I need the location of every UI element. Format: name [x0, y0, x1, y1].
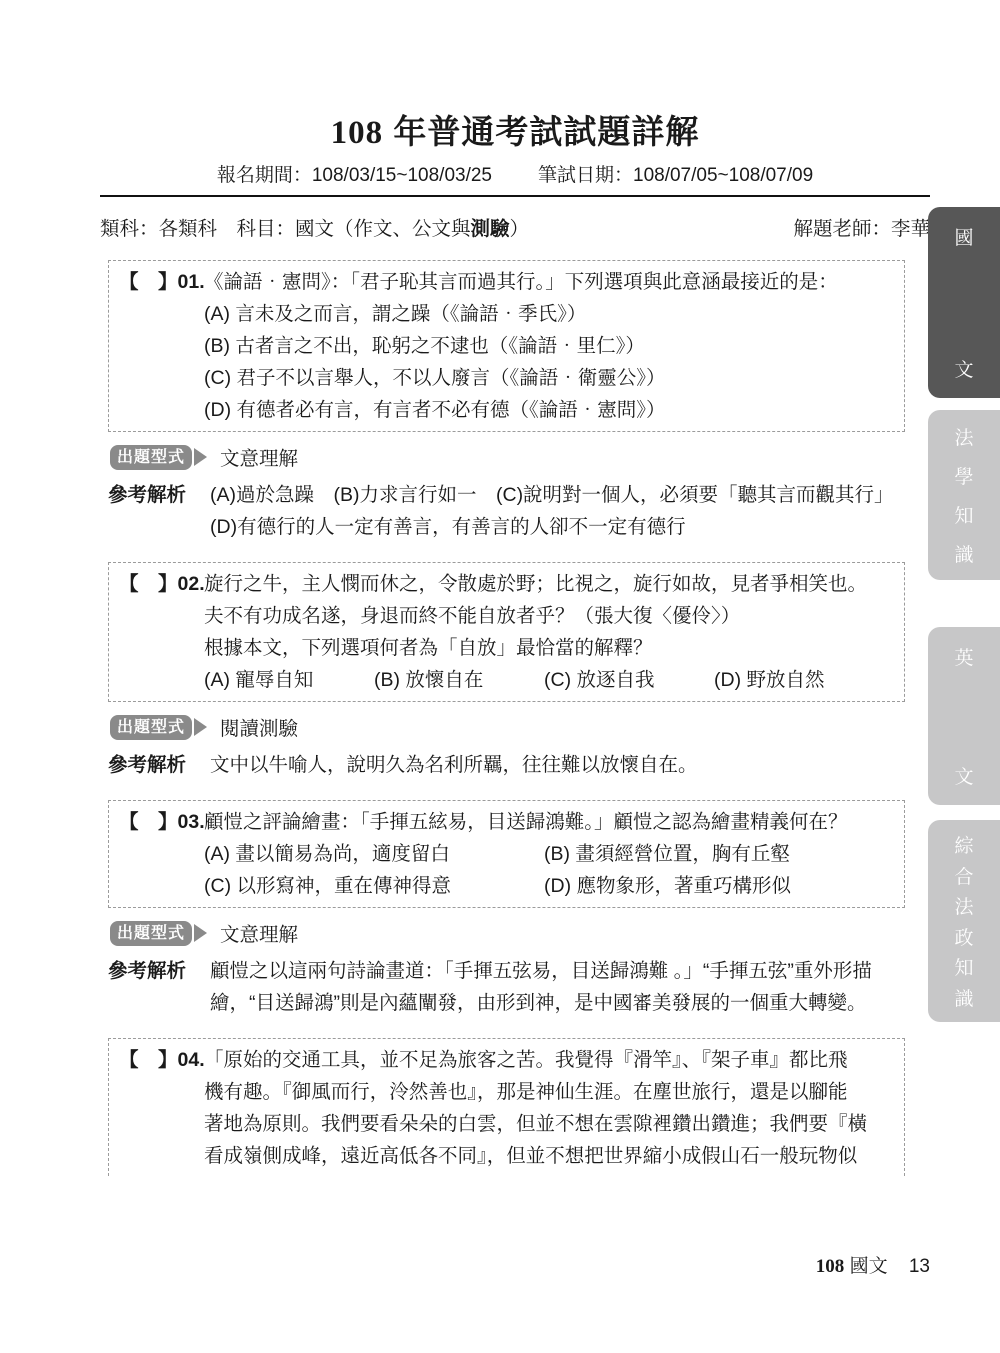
page-footer: 108 國文 13: [100, 1251, 930, 1278]
question-stem-01: 《論語‧憲問》：「君子恥其言而過其行。」下列選項與此意涵最接近的是：: [204, 266, 894, 298]
category-subject-text: 類科：各類科 科目：國文（作文、公文與: [100, 218, 471, 240]
question-stem-line: 根據本文，下列選項何者為「自放」最恰當的解釋？: [204, 632, 894, 664]
question-stem-line: 夫不有功成名遂，身退而終不能自放者乎？（張大復〈優伶〉）: [204, 600, 894, 632]
sidebar-tab-chinese: 國文: [928, 207, 1000, 398]
question-stem-line: 看成嶺側成峰，遠近高低各不同』，但並不想把世界縮小成假山石一般玩物似: [204, 1140, 894, 1172]
analysis-text-03: 顧愷之以這兩句詩論畫道：「手揮五弦易，目送歸鴻難 。」“手揮五弦”重外形描繪，“…: [210, 955, 930, 1019]
question-row: 【 】04. 「原始的交通工具，並不足為旅客之苦。我覺得『滑竿』、『架子車』都比…: [119, 1044, 894, 1172]
tab-label-char: 知: [954, 501, 973, 528]
arrow-right-icon: [194, 448, 207, 466]
answer-brackets-number-01: 【 】01.: [119, 266, 204, 426]
question-box-01: 【 】01. 《論語‧憲問》：「君子恥其言而過其行。」下列選項與此意涵最接近的是…: [108, 260, 905, 432]
page-title: 108 年普通考試試題詳解: [100, 106, 930, 153]
tab-label-char: 法: [954, 423, 973, 450]
question-number: 04.: [178, 1049, 205, 1071]
exam-dates-line: 報名期間：108/03/15~108/03/25 筆試日期：108/07/05~…: [100, 160, 930, 187]
analysis-line: (D)有德行的人一定有善言，有善言的人卻不一定有德行: [210, 511, 930, 543]
analysis-text-02: 文中以牛喻人，說明久為名利所羈，往往難以放懷自在。: [210, 749, 930, 781]
question-stem-line: 「原始的交通工具，並不足為旅客之苦。我覺得『滑竿』、『架子車』都比飛: [204, 1044, 894, 1076]
question-stem-line: 旋行之牛，主人憫而休之，令散處於野；比視之，旋行如故，見者爭相笑也。: [204, 568, 894, 600]
question-stem-04: 「原始的交通工具，並不足為旅客之苦。我覺得『滑竿』、『架子車』都比飛機有趣。『御…: [204, 1044, 894, 1172]
meta-row: 類科：各類科 科目：國文（作文、公文與測驗） 解題老師：李華: [100, 213, 930, 241]
option-item: (B) 畫須經營位置，胸有丘壑: [544, 838, 884, 870]
question-stem-line: 著地為原則。我們要看朵朵的白雲，但並不想在雲隙裡鑽出鑽進；我們要『橫: [204, 1108, 894, 1140]
analysis-label: 參考解析: [108, 955, 210, 1019]
option-item: (C) 以形寫神，重在傳神得意: [204, 870, 544, 902]
question-box-04: 【 】04. 「原始的交通工具，並不足為旅客之苦。我覺得『滑竿』、『架子車』都比…: [108, 1038, 905, 1176]
answer-brackets: 【 】: [119, 573, 178, 595]
sidebar-tab-law-knowledge: 法學知識: [928, 410, 1000, 580]
question-box-02: 【 】02. 旋行之牛，主人憫而休之，令散處於野；比視之，旋行如故，見者爭相笑也…: [108, 562, 905, 702]
option-item: (C) 君子不以言舉人，不以人廢言（《論語‧衛靈公》）: [204, 362, 894, 394]
question-stem-02: 旋行之牛，主人憫而休之，令散處於野；比視之，旋行如故，見者爭相笑也。夫不有功成名…: [204, 568, 894, 664]
question-type-text: 文意理解: [220, 443, 298, 471]
written-exam-date: 筆試日期：108/07/05~108/07/09: [538, 160, 813, 187]
tab-label-char: 國: [954, 223, 973, 250]
question-type-row-01: 出題型式 文意理解: [110, 443, 930, 471]
analysis-label: 參考解析: [108, 479, 210, 543]
analysis-line: 顧愷之以這兩句詩論畫道：「手揮五弦易，目送歸鴻難 。」“手揮五弦”重外形描: [210, 955, 930, 987]
footer-subject: 國文: [850, 1256, 888, 1277]
question-stem-line: 顧愷之評論繪畫：「手揮五絃易，目送歸鴻難。」顧愷之認為繪畫精義何在？: [204, 806, 894, 838]
option-item: (D) 有德者必有言，有言者不必有德（《論語‧憲問》）: [204, 394, 894, 426]
options-row-02: (A) 寵辱自知(B) 放懷自在(C) 放逐自我(D) 野放自然: [204, 664, 894, 696]
analysis-text-01: (A)過於急躁 (B)力求言行如一 (C)說明對一個人，必須要「聽其言而觀其行」…: [210, 479, 930, 543]
arrow-right-icon: [194, 718, 207, 736]
question-stem-line: 機有趣。『御風而行，泠然善也』，那是神仙生涯。在塵世旅行，還是以腳能: [204, 1076, 894, 1108]
document-page: 108 年普通考試試題詳解 報名期間：108/03/15~108/03/25 筆…: [0, 0, 1000, 1353]
options-list-01: (A) 言未及之而言，謂之躁（《論語‧季氏》）(B) 古者言之不出，恥躬之不逮也…: [204, 298, 894, 426]
title-year: 108: [331, 115, 384, 151]
answer-brackets: 【 】: [119, 811, 178, 833]
sidebar-tab-general-law-politics: 綜合法政知識: [928, 820, 1000, 1022]
answer-brackets: 【 】: [119, 1049, 178, 1071]
category-subject-suffix: ）: [510, 218, 530, 240]
analysis-row-03: 參考解析 顧愷之以這兩句詩論畫道：「手揮五弦易，目送歸鴻難 。」“手揮五弦”重外…: [108, 955, 930, 1019]
answer-brackets-number-04: 【 】04.: [119, 1044, 204, 1172]
answer-brackets-number-02: 【 】02.: [119, 568, 204, 696]
option-item: (A) 畫以簡易為尚，適度留白: [204, 838, 544, 870]
question-body-03: 顧愷之評論繪畫：「手揮五絃易，目送歸鴻難。」顧愷之認為繪畫精義何在？ (A) 畫…: [204, 806, 894, 902]
register-period: 報名期間：108/03/15~108/03/25: [217, 160, 492, 187]
question-type-badge: 出題型式: [110, 445, 192, 470]
analysis-line: (A)過於急躁 (B)力求言行如一 (C)說明對一個人，必須要「聽其言而觀其行」: [210, 479, 930, 511]
option-item: (A) 寵辱自知: [204, 664, 374, 696]
question-type-badge: 出題型式: [110, 921, 192, 946]
question-row: 【 】02. 旋行之牛，主人憫而休之，令散處於野；比視之，旋行如故，見者爭相笑也…: [119, 568, 894, 696]
footer-year: 108: [816, 1256, 845, 1277]
main-content: 108 年普通考試試題詳解 報名期間：108/03/15~108/03/25 筆…: [100, 0, 930, 1176]
analysis-row-01: 參考解析 (A)過於急躁 (B)力求言行如一 (C)說明對一個人，必須要「聽其言…: [108, 479, 930, 543]
subject-emphasis: 測驗: [471, 218, 510, 240]
question-type-row-03: 出題型式 文意理解: [110, 919, 930, 947]
tab-label-char: 學: [954, 462, 973, 489]
tab-label-char: 英: [954, 643, 973, 670]
tab-label-char: 合: [954, 862, 973, 889]
answer-brackets-number-03: 【 】03.: [119, 806, 204, 902]
option-item: (B) 古者言之不出，恥躬之不逮也（《論語‧里仁》）: [204, 330, 894, 362]
question-type-text: 閱讀測驗: [220, 713, 298, 741]
question-number: 03.: [178, 811, 205, 833]
question-type-text: 文意理解: [220, 919, 298, 947]
question-type-badge: 出題型式: [110, 715, 192, 740]
option-item: (C) 放逐自我: [544, 664, 714, 696]
question-stem-line: 《論語‧憲問》：「君子恥其言而過其行。」下列選項與此意涵最接近的是：: [204, 266, 894, 298]
analysis-line: 文中以牛喻人，說明久為名利所羈，往往難以放懷自在。: [210, 749, 930, 781]
question-row: 【 】01. 《論語‧憲問》：「君子恥其言而過其行。」下列選項與此意涵最接近的是…: [119, 266, 894, 426]
question-body-01: 《論語‧憲問》：「君子恥其言而過其行。」下列選項與此意涵最接近的是： (A) 言…: [204, 266, 894, 426]
tab-label-char: 政: [954, 923, 973, 950]
analysis-row-02: 參考解析 文中以牛喻人，說明久為名利所羈，往往難以放懷自在。: [108, 749, 930, 781]
question-number: 01.: [178, 271, 205, 293]
options-grid-03: (A) 畫以簡易為尚，適度留白(B) 畫須經營位置，胸有丘壑(C) 以形寫神，重…: [204, 838, 894, 902]
tab-label-char: 綜: [954, 831, 973, 858]
answer-brackets: 【 】: [119, 271, 178, 293]
tab-label-char: 法: [954, 892, 973, 919]
question-body-04: 「原始的交通工具，並不足為旅客之苦。我覺得『滑竿』、『架子車』都比飛機有趣。『御…: [204, 1044, 894, 1172]
analysis-line: 繪，“目送歸鴻”則是內蘊闡發，由形到神，是中國審美發展的一個重大轉變。: [210, 987, 930, 1019]
sidebar-tab-english: 英文: [928, 627, 1000, 805]
tab-label-char: 文: [954, 355, 973, 382]
question-box-03: 【 】03. 顧愷之評論繪畫：「手揮五絃易，目送歸鴻難。」顧愷之認為繪畫精義何在…: [108, 800, 905, 908]
question-row: 【 】03. 顧愷之評論繪畫：「手揮五絃易，目送歸鴻難。」顧愷之認為繪畫精義何在…: [119, 806, 894, 902]
analysis-label: 參考解析: [108, 749, 210, 781]
option-item: (A) 言未及之而言，謂之躁（《論語‧季氏》）: [204, 298, 894, 330]
tab-label-char: 識: [954, 540, 973, 567]
footer-page-number: 13: [909, 1256, 930, 1277]
tab-label-char: 文: [954, 762, 973, 789]
title-text: 年普通考試試題詳解: [383, 113, 699, 150]
option-item: (D) 野放自然: [714, 664, 884, 696]
tab-label-char: 識: [954, 984, 973, 1011]
tab-label-char: 知: [954, 953, 973, 980]
question-number: 02.: [178, 573, 205, 595]
header-divider: [100, 195, 930, 197]
question-stem-03: 顧愷之評論繪畫：「手揮五絃易，目送歸鴻難。」顧愷之認為繪畫精義何在？: [204, 806, 894, 838]
question-type-row-02: 出題型式 閱讀測驗: [110, 713, 930, 741]
question-body-02: 旋行之牛，主人憫而休之，令散處於野；比視之，旋行如故，見者爭相笑也。夫不有功成名…: [204, 568, 894, 696]
teacher-name: 解題老師：李華: [793, 213, 930, 241]
arrow-right-icon: [194, 924, 207, 942]
option-item: (D) 應物象形，著重巧構形似: [544, 870, 884, 902]
category-subject: 類科：各類科 科目：國文（作文、公文與測驗）: [100, 213, 529, 241]
option-item: (B) 放懷自在: [374, 664, 544, 696]
